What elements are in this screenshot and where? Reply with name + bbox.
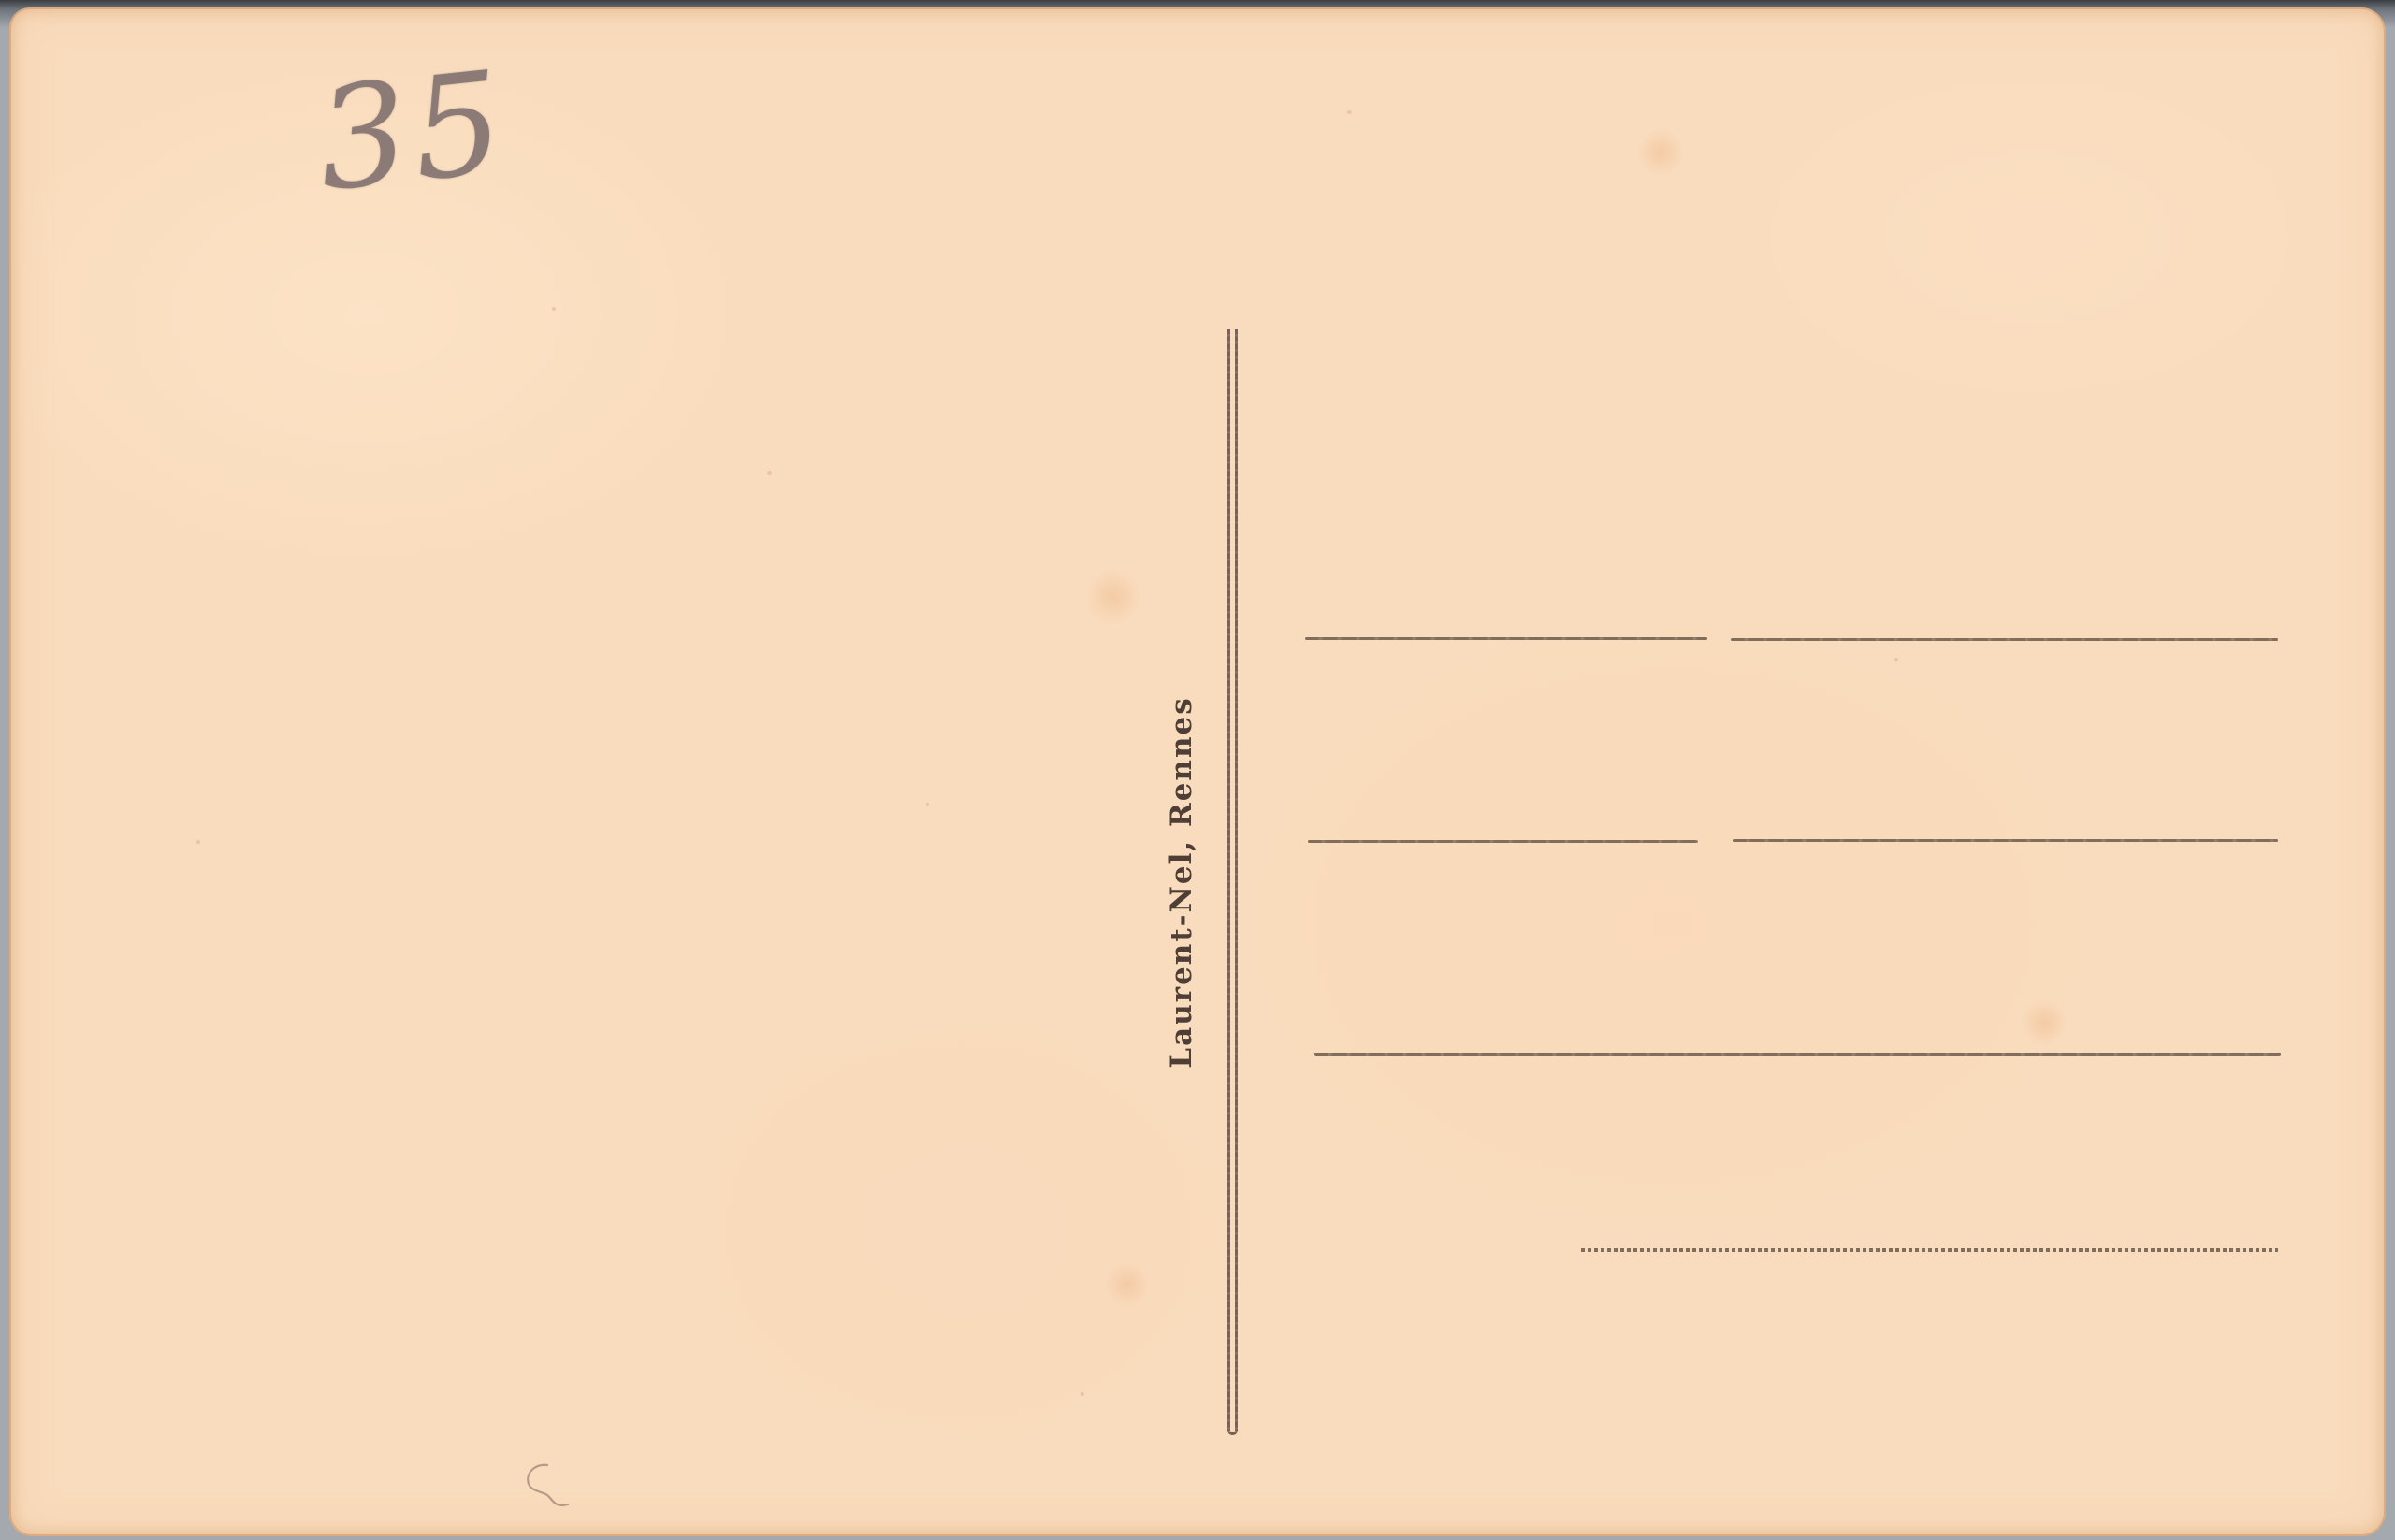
handwritten-annotation: 35 [312,52,515,211]
paper-speckle [1347,110,1352,114]
paper-stain [2021,999,2068,1046]
paper-stain [1104,1261,1151,1308]
paper-speckle [1081,1392,1084,1396]
address-line-3 [1314,1053,2281,1056]
paper-stain [1085,569,1141,625]
paper-speckle [1894,658,1898,661]
scan-background: 35 Laurent-Nel, Rennes [0,0,2395,1540]
paper-speckle [767,471,772,475]
divider-rule [1227,329,1230,1431]
paper-speckle [926,803,929,806]
address-line-1-left [1305,637,1707,640]
paper-speckle [552,307,556,311]
address-line-2-right [1733,839,2278,842]
paper-stain [1637,129,1684,176]
divider-end-cap [1227,1427,1238,1435]
paper-speckle [196,840,200,844]
address-line-dotted [1581,1248,2278,1252]
address-line-1-right [1731,638,2278,641]
publisher-imprint: Laurent-Nel, Rennes [1165,696,1198,1068]
center-divider [1227,329,1239,1431]
postcard-back: 35 Laurent-Nel, Rennes [9,7,2386,1536]
divider-rule [1235,329,1238,1431]
pencil-mark-icon [519,1458,575,1514]
address-line-2-left [1308,840,1698,843]
